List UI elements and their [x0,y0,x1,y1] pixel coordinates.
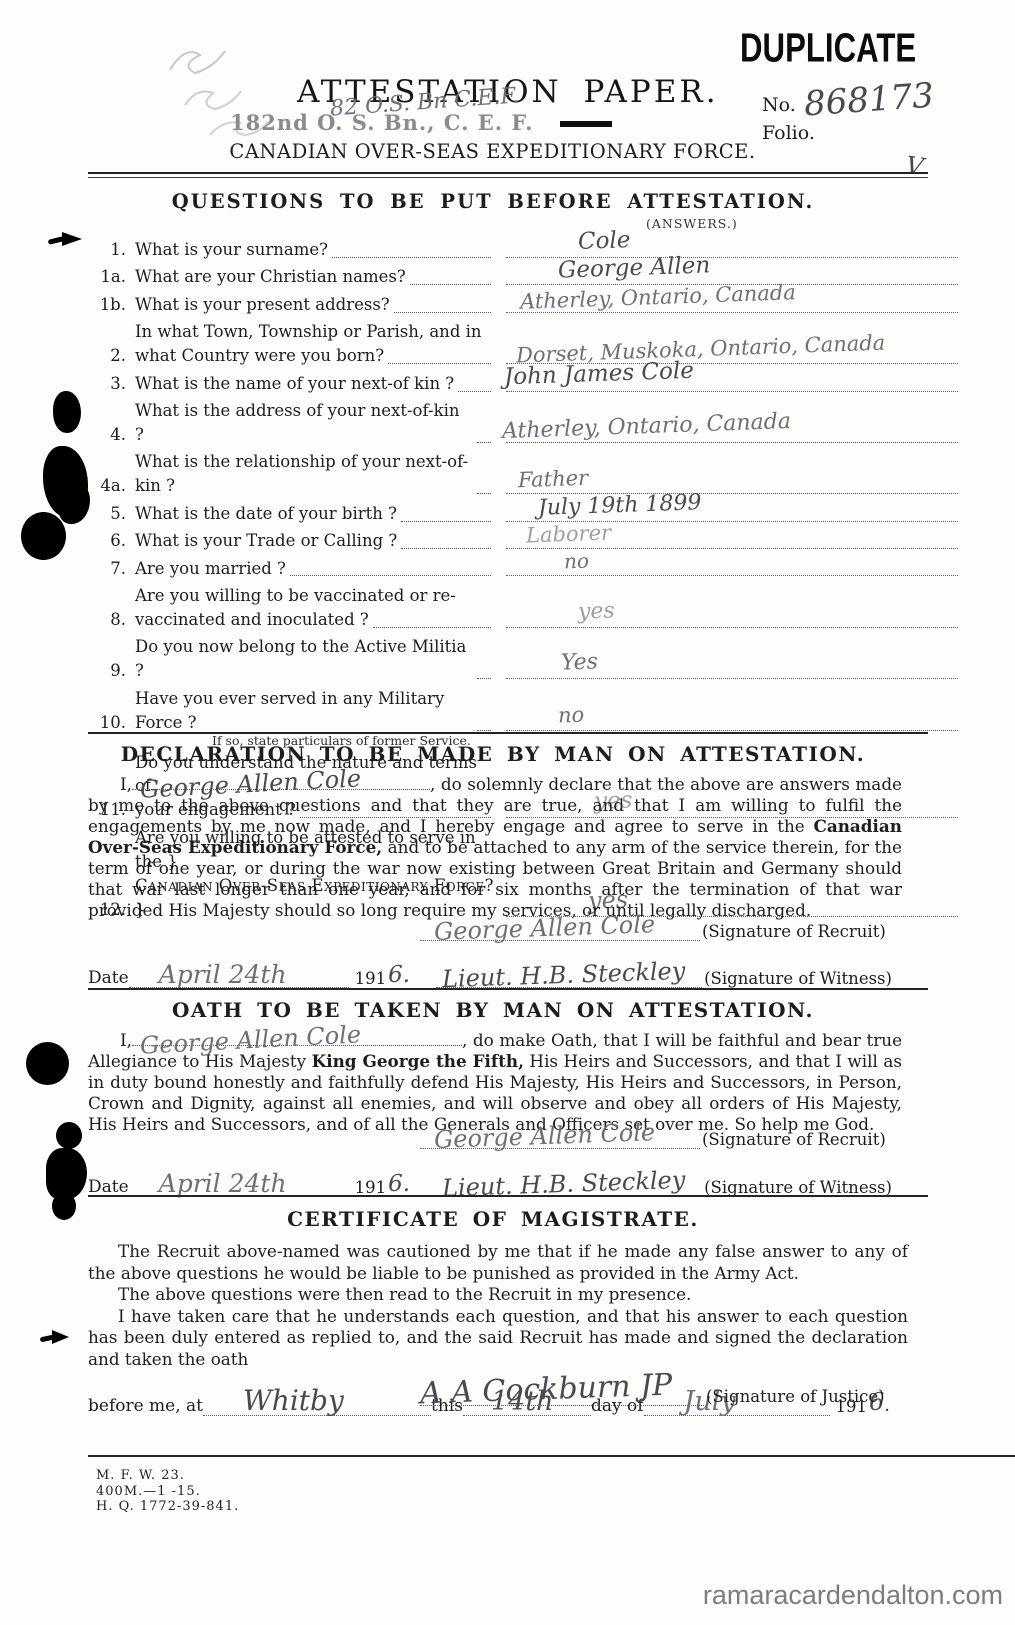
question-text: Do you now belong to the Active Militia … [135,635,494,683]
section-rule [88,1195,928,1197]
form-number-line: H. Q. 1772-39-841. [96,1499,239,1515]
dotted-leader [290,573,491,576]
answer-line: Atherley, Ontario, Canada [506,310,958,313]
recruit-signature-label: (Signature of Recruit) [702,1130,886,1149]
place-slot: Whitby [203,1413,431,1416]
duplicate-stamp: DUPLICATE [740,26,916,72]
question-text: Are you willing to be vaccinated or re- … [135,584,494,632]
magistrate-para2: The above questions were then read to th… [88,1284,908,1306]
answer-line: John James Cole [506,389,958,392]
answers-label: (ANSWERS.) [646,216,738,231]
answer-handwritten: Atherley, Ontario, Canada [502,406,792,448]
section-rule [88,988,928,990]
question-number: 5. [92,502,135,526]
answer-line: Yes [506,676,958,679]
question-text: What is your present address? [135,293,494,317]
serial-number-line: No.868173 [762,80,934,120]
ink-blot [21,512,66,560]
signature-line: George Allen Cole [420,1146,700,1149]
answer-handwritten: Laborer [525,517,611,550]
question-row: 4. What is the address of your next-of-k… [92,399,958,447]
header-rule-bottom [88,177,928,178]
form-number-line: 400M.—1 -15. [96,1484,239,1500]
question-number: 6. [92,529,135,553]
margin-arrow-mark [52,1330,69,1344]
i-label: I, [120,1030,132,1050]
magistrate-para3: I have taken care that he understands ea… [88,1306,908,1371]
date-label: Date [88,1177,129,1197]
attestation-paper-scan: DUPLICATE ATTESTATION PAPER. No.868173 1… [0,0,1015,1625]
questions-heading: QUESTIONS TO BE PUT BEFORE ATTESTATION. [73,190,913,213]
serial-number-handwritten: 868173 [803,76,935,125]
dotted-leader [394,310,491,313]
question-row: 7. Are you married ? no [92,557,958,581]
question-number: 3. [92,372,135,396]
magistrate-heading: CERTIFICATE OF MAGISTRATE. [73,1207,913,1231]
oath-name-slot: George Allen Cole [132,1045,462,1046]
i-label: I, [120,774,132,794]
answer-handwritten: yes [577,595,615,628]
declarant-name-slot: George Allen Cole [132,789,430,790]
date-witness-row: Date April 24th 191 6. Lieut. H.B. Steck… [88,962,902,988]
month-slot: July [644,1413,830,1416]
question-text: What is your surname? [135,238,494,262]
strikethrough-mark [560,121,612,127]
section-rule [88,732,928,734]
answer-handwritten: no [557,700,584,731]
year-printed: 191 [355,969,387,988]
signature-line: George Allen Cole [420,938,700,941]
recruit-signature-row: George Allen Cole (Signature of Recruit) [420,1130,886,1149]
folio-label: Folio. [762,122,815,144]
magistrate-para1: The Recruit above-named was cautioned by… [88,1241,908,1284]
question-text: What is your Trade or Calling ? [135,529,494,553]
website-watermark: ramaracardendalton.com [703,1580,1003,1611]
question-number: 7. [92,557,135,581]
year-handwritten: 6. [388,1171,410,1197]
answer-line: Atherley, Ontario, Canada [506,440,958,443]
date-label: Date [88,968,129,988]
answer-line: no [506,573,958,576]
declaration-heading: DECLARATION TO BE MADE BY MAN ON ATTESTA… [73,742,913,766]
question-text: What is the address of your next-of-kin … [135,399,494,447]
justice-signature-handwritten: A A Cockburn JP [419,1368,672,1412]
dotted-leader [401,546,491,549]
question-text: What is the relationship of your next-of… [135,450,494,498]
answer-handwritten: no [564,547,590,577]
answer-line: no [506,728,958,731]
header-rule-top [88,172,928,174]
question-row: 8. Are you willing to be vaccinated or r… [92,584,958,632]
question-text: In what Town, Township or Parish, and in… [135,320,494,368]
before-label: before me, at [88,1396,203,1416]
place-handwritten: Whitby [243,1384,344,1417]
answer-handwritten: Yes [560,647,598,680]
question-text: Have you ever served in any Military For… [135,687,494,735]
question-text: What is the date of your birth ? [135,502,494,526]
justice-signature-label: (Signature of Justice) [706,1387,885,1406]
form-number-line: M. F. W. 23. [96,1468,239,1484]
declaration-paragraph: I,George Allen Cole, do solemnly declare… [88,774,902,921]
recruit-signature-label: (Signature of Recruit) [702,922,886,941]
dotted-leader [388,361,491,364]
dotted-leader [373,625,491,628]
recruit-signature-row: George Allen Cole (Signature of Recruit) [420,922,886,941]
question-number: 9. [92,659,135,683]
dotted-leader [477,491,491,494]
dotted-leader [458,389,491,392]
question-number: 8. [92,608,135,632]
question-row: 1b. What is your present address? Atherl… [92,293,958,317]
justice-signature-row: A A Cockburn JP (Signature of Justice) [420,1387,885,1406]
margin-arrow-mark [62,232,82,246]
year-handwritten: 6. [388,962,410,988]
question-number: 1a. [92,265,135,289]
question-number: 1b. [92,293,135,317]
dotted-leader [332,255,491,258]
date-witness-row: Date April 24th 191 6. Lieut. H.B. Steck… [88,1171,902,1197]
period: . [884,1396,889,1416]
question-row: 4a. What is the relationship of your nex… [92,450,958,498]
form-numbers: M. F. W. 23. 400M.—1 -15. H. Q. 1772-39-… [96,1468,239,1515]
ink-blot [26,1042,69,1085]
oath-paragraph: I,George Allen Cole, do make Oath, that … [88,1030,902,1135]
oath-heading: OATH TO BE TAKEN BY MAN ON ATTESTATION. [73,998,913,1022]
ink-blot [52,1192,76,1220]
date-handwritten: April 24th [159,960,287,989]
date-handwritten: April 24th [159,1169,287,1198]
ink-blot [53,391,81,433]
question-text: What is the name of your next-of kin ? [135,372,494,396]
dotted-leader [477,676,491,679]
answer-line: yes [506,625,958,628]
question-row: 10. Have you ever served in any Military… [92,687,958,735]
question-number: 4. [92,423,135,447]
witness-signature-label: (Signature of Witness) [704,969,892,988]
dotted-leader [477,440,491,443]
question-number: 1. [92,238,135,262]
answer-handwritten: John James Cole [503,355,694,395]
question-row: 3. What is the name of your next-of kin … [92,372,958,396]
question-number: 2. [92,344,135,368]
dotted-leader [401,519,491,522]
question-text: Are you married ? [135,557,494,581]
question-text: What are your Christian names? [135,265,494,289]
footer-rule [88,1455,1015,1457]
ink-blot [58,482,90,524]
question-number: 4a. [92,474,135,498]
no-label: No. [762,94,796,116]
question-row: 9. Do you now belong to the Active Milit… [92,635,958,683]
dotted-leader [410,282,491,285]
force-subtitle: CANADIAN OVER-SEAS EXPEDITIONARY FORCE. [225,140,760,163]
question-row: 1. What is your surname? Cole [92,238,958,262]
justice-signature-line: A A Cockburn JP [420,1403,704,1406]
question-number: 10. [92,711,135,735]
day-slot: 14th [463,1413,591,1416]
ink-blot [56,1122,82,1149]
dotted-leader [477,728,491,731]
question-row: 6. What is your Trade or Calling ? Labor… [92,529,958,553]
